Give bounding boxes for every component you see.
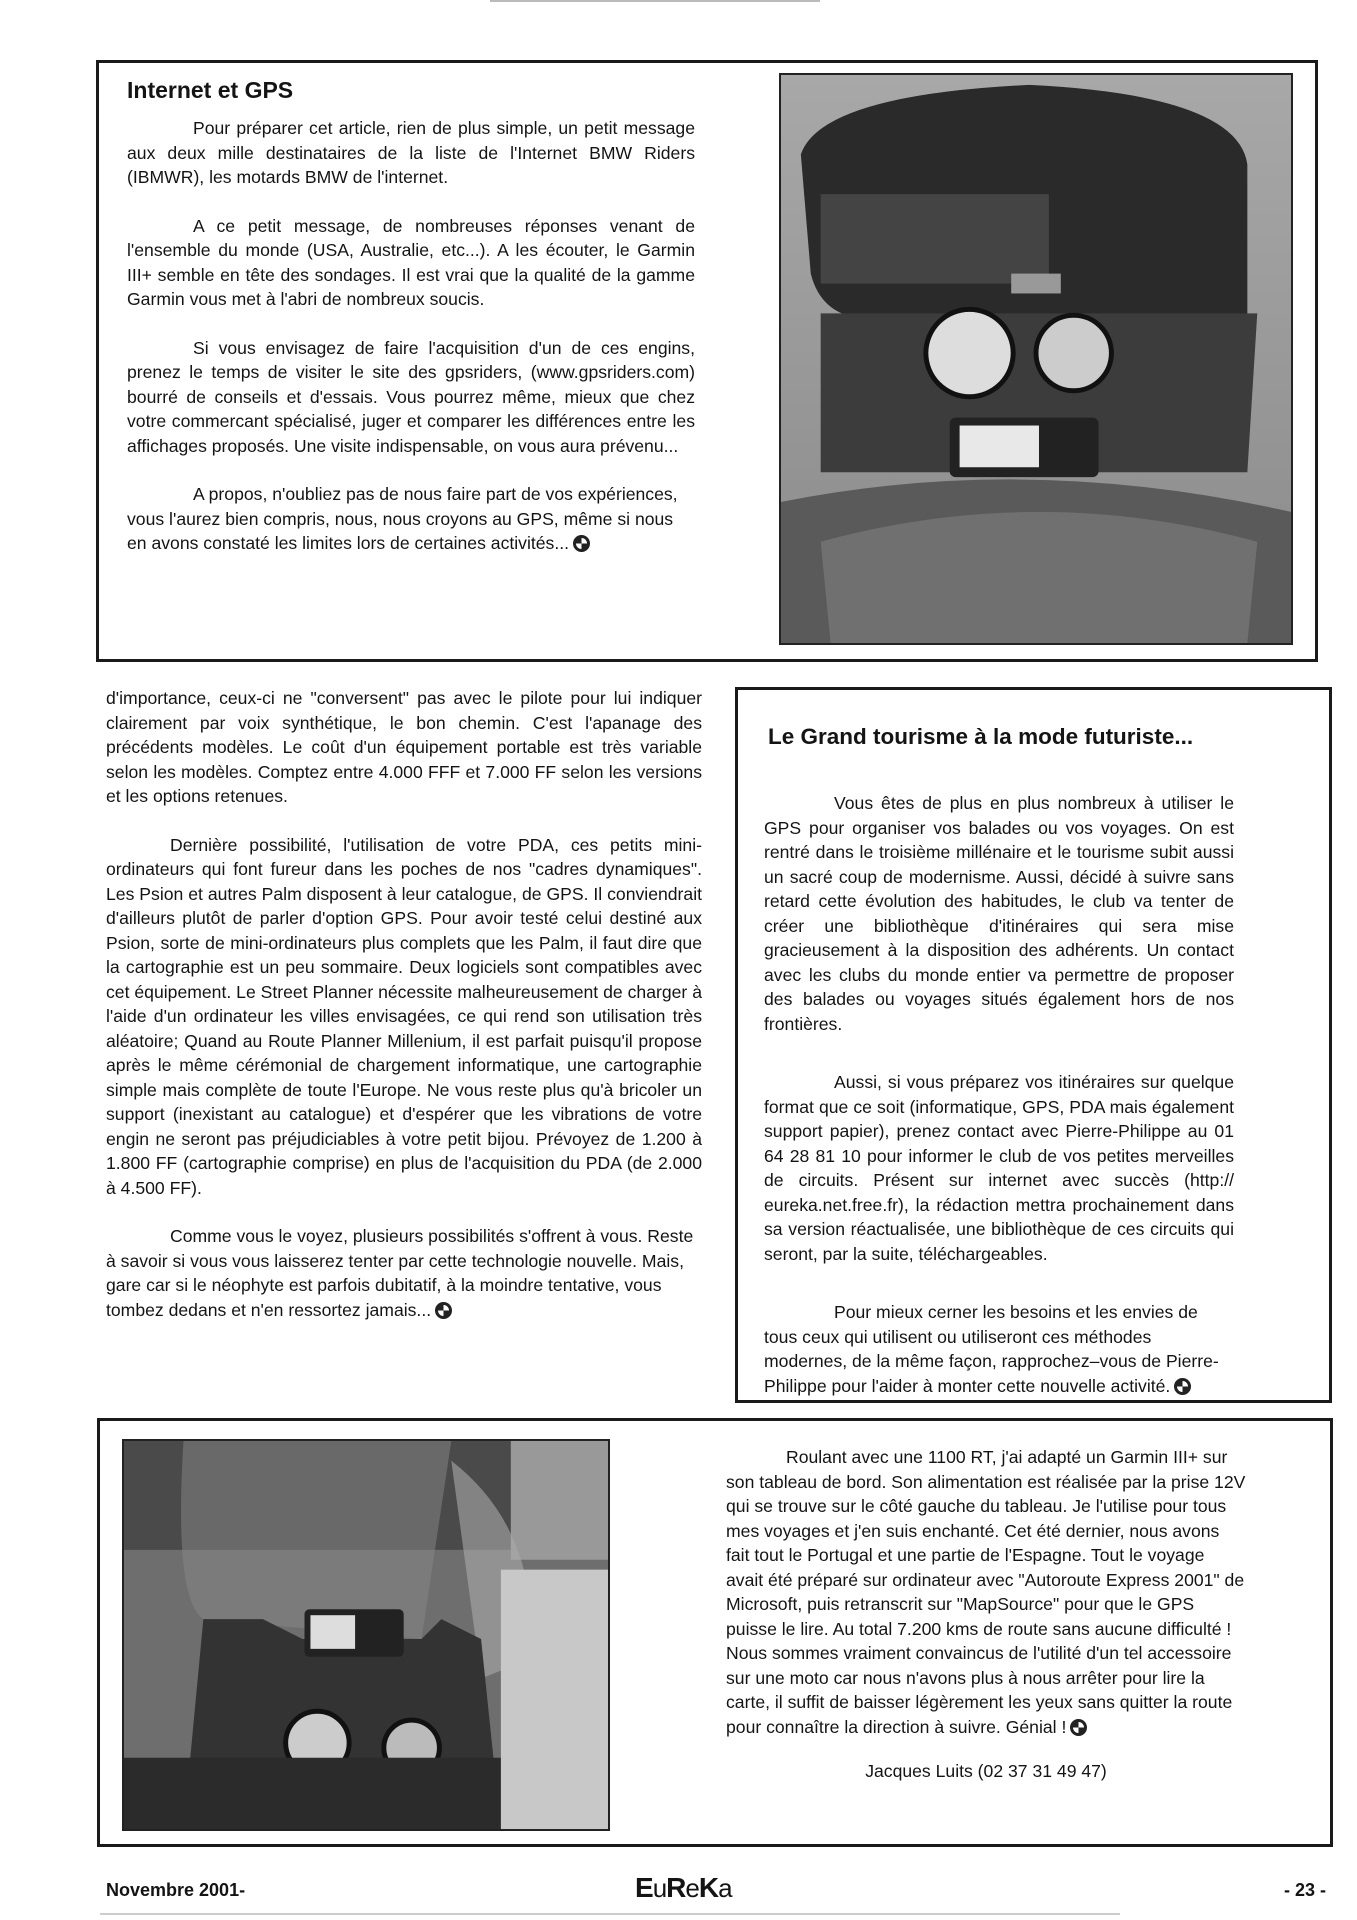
bmw-roundel-icon [573, 535, 590, 552]
scan-edge-line [490, 0, 820, 2]
bmw-roundel-icon [1070, 1719, 1087, 1736]
left-column-paragraph: Comme vous le voyez, plusieurs possibili… [106, 1224, 702, 1322]
left-column-paragraph: Dernière possibilité, l'utilisation de v… [106, 833, 702, 1201]
grand-tourisme-paragraph: Aussi, si vous préparez vos itinéraires … [764, 1070, 1234, 1266]
eureka-logo: EuReKa [635, 1872, 732, 1904]
left-column-paragraph: d'importance, ceux-ci ne "conversent" pa… [106, 686, 702, 809]
top-article-paragraph: Pour préparer cet article, rien de plus … [127, 116, 695, 190]
bmw-roundel-icon [1174, 1378, 1191, 1395]
top-article-paragraph: A propos, n'oubliez pas de nous faire pa… [127, 482, 695, 556]
top-article-paragraph: Si vous envisagez de faire l'acquisition… [127, 336, 695, 459]
grand-tourisme-text: Vous êtes de plus en plus nombreux à uti… [764, 791, 1234, 1398]
testimonial-paragraph: Roulant avec une 1100 RT, j'ai adapté un… [726, 1445, 1246, 1739]
testimonial-signature: Jacques Luits (02 37 31 49 47) [726, 1759, 1246, 1784]
top-article-title: Internet et GPS [127, 77, 695, 104]
scan-edge-line [100, 1913, 1120, 1915]
footer-date: Novembre 2001- [106, 1880, 245, 1901]
page-number: - 23 - [1284, 1880, 1326, 1901]
top-article-box: Internet et GPS Pour préparer cet articl… [96, 60, 1318, 662]
grand-tourisme-title: Le Grand tourisme à la mode futuriste... [768, 724, 1193, 750]
dashboard-gps-photo [779, 73, 1293, 645]
grand-tourisme-paragraph: Pour mieux cerner les besoins et les env… [764, 1300, 1234, 1398]
grand-tourisme-paragraph: Vous êtes de plus en plus nombreux à uti… [764, 791, 1234, 1036]
bmw-roundel-icon [435, 1302, 452, 1319]
top-article-text: Internet et GPS Pour préparer cet articl… [127, 77, 695, 556]
cockpit-gps-photo [122, 1439, 610, 1831]
testimonial-text: Roulant avec une 1100 RT, j'ai adapté un… [726, 1445, 1246, 1784]
grand-tourisme-box: Le Grand tourisme à la mode futuriste...… [735, 687, 1332, 1403]
top-article-paragraph: A ce petit message, de nombreuses répons… [127, 214, 695, 312]
testimonial-box: Roulant avec une 1100 RT, j'ai adapté un… [97, 1418, 1333, 1847]
left-column-text: d'importance, ceux-ci ne "conversent" pa… [106, 686, 702, 1322]
